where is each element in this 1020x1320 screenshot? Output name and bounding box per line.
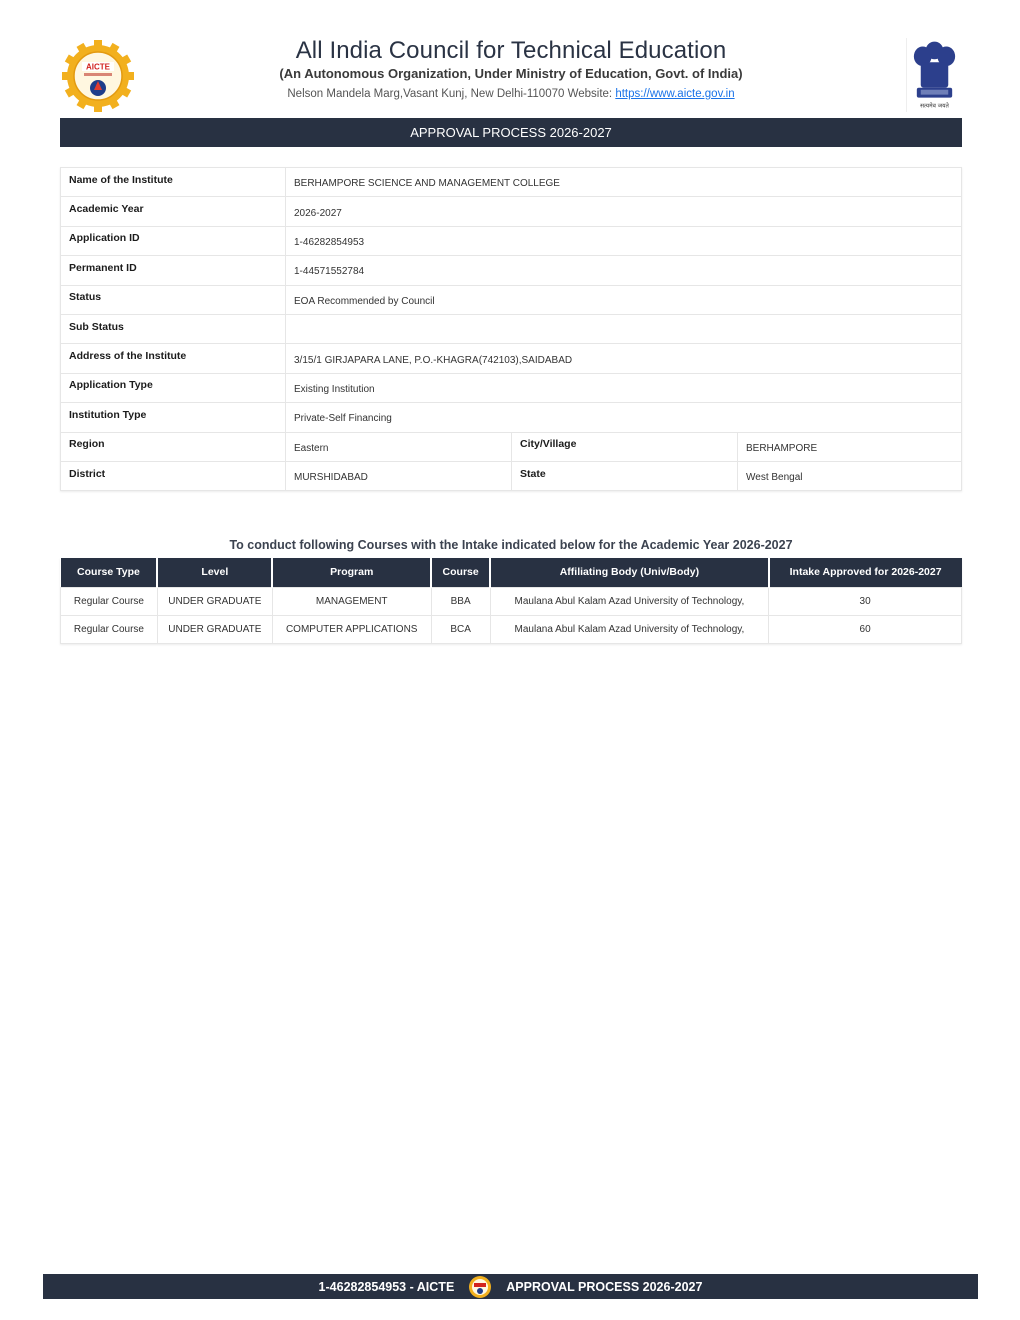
detail-value: Eastern bbox=[286, 432, 512, 461]
detail-value: BERHAMPORE bbox=[738, 432, 962, 461]
svg-text:सत्यमेव जयते: सत्यमेव जयते bbox=[920, 101, 949, 109]
aicte-mini-logo-icon bbox=[468, 1275, 492, 1299]
detail-value: 2026-2027 bbox=[286, 197, 962, 226]
approval-banner: APPROVAL PROCESS 2026-2027 bbox=[60, 118, 962, 147]
detail-row: StatusEOA Recommended by Council bbox=[61, 285, 962, 314]
detail-label: District bbox=[61, 461, 286, 490]
table-row: Regular CourseUNDER GRADUATEMANAGEMENTBB… bbox=[61, 587, 962, 615]
table-cell: BCA bbox=[431, 615, 490, 643]
table-cell: BBA bbox=[431, 587, 490, 615]
website-link[interactable]: https://www.aicte.gov.in bbox=[615, 88, 734, 100]
detail-row: Permanent ID1-44571552784 bbox=[61, 256, 962, 285]
footer-process-title: APPROVAL PROCESS 2026-2027 bbox=[506, 1280, 702, 1294]
courses-table: Course TypeLevelProgramCourseAffiliating… bbox=[60, 558, 962, 644]
table-cell: MANAGEMENT bbox=[272, 587, 431, 615]
page-header: AICTE All India Council for Technical Ed… bbox=[60, 36, 962, 116]
org-subtitle: (An Autonomous Organization, Under Minis… bbox=[60, 66, 962, 82]
detail-label: Status bbox=[61, 285, 286, 314]
detail-label: Region bbox=[61, 432, 286, 461]
org-title: All India Council for Technical Educatio… bbox=[60, 36, 962, 66]
detail-row: Address of the Institute3/15/1 GIRJAPARA… bbox=[61, 344, 962, 373]
detail-value: Existing Institution bbox=[286, 373, 962, 402]
detail-label: Application ID bbox=[61, 226, 286, 255]
detail-label: City/Village bbox=[512, 432, 738, 461]
detail-row: Name of the InstituteBERHAMPORE SCIENCE … bbox=[61, 168, 962, 197]
detail-row: Academic Year2026-2027 bbox=[61, 197, 962, 226]
detail-value: West Bengal bbox=[738, 461, 962, 490]
table-cell: 30 bbox=[769, 587, 962, 615]
detail-row: Application ID1-46282854953 bbox=[61, 226, 962, 255]
column-header: Course Type bbox=[61, 558, 158, 587]
detail-label: Application Type bbox=[61, 373, 286, 402]
org-address: Nelson Mandela Marg,Vasant Kunj, New Del… bbox=[60, 86, 962, 102]
column-header: Level bbox=[157, 558, 272, 587]
detail-row: Sub Status bbox=[61, 314, 962, 343]
column-header: Affiliating Body (Univ/Body) bbox=[490, 558, 769, 587]
detail-row: RegionEasternCity/VillageBERHAMPORE bbox=[61, 432, 962, 461]
table-cell: UNDER GRADUATE bbox=[157, 587, 272, 615]
column-header: Course bbox=[431, 558, 490, 587]
column-header: Intake Approved for 2026-2027 bbox=[769, 558, 962, 587]
detail-label: Name of the Institute bbox=[61, 168, 286, 197]
table-cell: Maulana Abul Kalam Azad University of Te… bbox=[490, 615, 769, 643]
table-cell: 60 bbox=[769, 615, 962, 643]
table-cell: UNDER GRADUATE bbox=[157, 615, 272, 643]
detail-row: DistrictMURSHIDABADStateWest Bengal bbox=[61, 461, 962, 490]
table-cell: Regular Course bbox=[61, 615, 158, 643]
detail-value bbox=[286, 314, 962, 343]
detail-value: BERHAMPORE SCIENCE AND MANAGEMENT COLLEG… bbox=[286, 168, 962, 197]
national-emblem-icon: सत्यमेव जयते bbox=[906, 38, 962, 112]
table-cell: COMPUTER APPLICATIONS bbox=[272, 615, 431, 643]
detail-value: EOA Recommended by Council bbox=[286, 285, 962, 314]
detail-value: 1-44571552784 bbox=[286, 256, 962, 285]
table-row: Regular CourseUNDER GRADUATECOMPUTER APP… bbox=[61, 615, 962, 643]
footer-application-id: 1-46282854953 - AICTE bbox=[319, 1280, 455, 1294]
detail-value: 3/15/1 GIRJAPARA LANE, P.O.-KHAGRA(74210… bbox=[286, 344, 962, 373]
detail-label: Permanent ID bbox=[61, 256, 286, 285]
detail-row: Application TypeExisting Institution bbox=[61, 373, 962, 402]
detail-value: 1-46282854953 bbox=[286, 226, 962, 255]
detail-label: Address of the Institute bbox=[61, 344, 286, 373]
detail-value: MURSHIDABAD bbox=[286, 461, 512, 490]
detail-label: Institution Type bbox=[61, 403, 286, 432]
table-cell: Regular Course bbox=[61, 587, 158, 615]
detail-label: Sub Status bbox=[61, 314, 286, 343]
column-header: Program bbox=[272, 558, 431, 587]
detail-label: Academic Year bbox=[61, 197, 286, 226]
detail-label: State bbox=[512, 461, 738, 490]
institute-details-table: Name of the InstituteBERHAMPORE SCIENCE … bbox=[60, 167, 962, 491]
courses-caption: To conduct following Courses with the In… bbox=[60, 538, 962, 552]
page-footer: 1-46282854953 - AICTE APPROVAL PROCESS 2… bbox=[43, 1274, 978, 1299]
detail-row: Institution TypePrivate-Self Financing bbox=[61, 403, 962, 432]
detail-value: Private-Self Financing bbox=[286, 403, 962, 432]
table-cell: Maulana Abul Kalam Azad University of Te… bbox=[490, 587, 769, 615]
